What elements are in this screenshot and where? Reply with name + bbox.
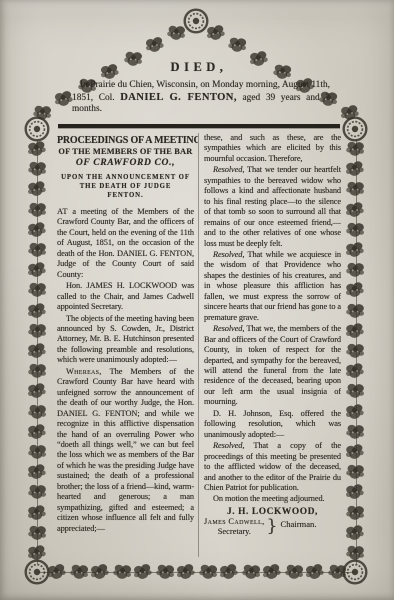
died-heading: DIED, — [62, 60, 336, 75]
paragraph-lead: Resolved, — [213, 250, 244, 259]
paragraph-lead: Whereas, — [66, 367, 102, 376]
signature-brace: } — [267, 517, 278, 536]
paragraph: these, and such as these, are the sympat… — [204, 133, 341, 164]
signature-block: James Cadwell, Secretary. } Chairman. — [204, 517, 341, 537]
proceedings-subheading: UPON THE ANNOUNCEMENT OF THE DEATH OF JU… — [61, 173, 190, 200]
paragraph-lead: Resolved, — [213, 441, 244, 450]
paragraph-lead: Resolved, — [213, 324, 244, 333]
paragraph: Resolved, That we tender our heartfelt s… — [204, 165, 341, 249]
scanned-death-notice-page: DIED, In Prairie du Chien, Wisconsin, on… — [0, 0, 394, 600]
paragraph-lead: Resolved, — [213, 165, 244, 174]
paragraph: On motion the meeting adjourned. — [204, 494, 341, 504]
paragraph: Whereas, The Members of the Crawford Cou… — [57, 367, 194, 534]
paragraph: Resolved, That while we acquiesce in the… — [204, 250, 341, 323]
paragraph: Hon. JAMES H. LOCKWOOD was called to the… — [57, 281, 194, 312]
right-column: these, and such as these, are the sympat… — [199, 133, 341, 557]
paragraph-lead: AT — [57, 207, 68, 216]
right-column-paragraphs: these, and such as these, are the sympat… — [204, 133, 341, 505]
masthead: DIED, In Prairie du Chien, Wisconsin, on… — [62, 60, 336, 116]
secretary-signature: James Cadwell, Secretary. — [204, 517, 265, 537]
paragraph: Resolved, That a copy of the proceedings… — [204, 441, 341, 493]
paragraph: Resolved, That we, the members of the Ba… — [204, 324, 341, 408]
chairman-title: Chairman. — [280, 517, 316, 529]
proceedings-heading-line1: PROCEEDINGS OF A MEETING — [57, 135, 194, 146]
proceedings-heading-line2: OF THE MEMBERS OF THE BAR — [57, 147, 194, 156]
two-column-body: PROCEEDINGS OF A MEETING OF THE MEMBERS … — [57, 133, 341, 557]
paragraph: The objects of the meeting having been a… — [57, 314, 194, 366]
secretary-title: Secretary. — [218, 527, 251, 536]
death-notice-paragraph: In Prairie du Chien, Wisconsin, on Monda… — [72, 80, 330, 116]
left-column-paragraphs: AT a meeting of the Members of the Crawf… — [57, 207, 194, 534]
paragraph: D. H. Johnson, Esq. offered the followin… — [204, 409, 341, 440]
paragraph: AT a meeting of the Members of the Crawf… — [57, 207, 194, 280]
deceased-name: DANIEL G. FENTON, — [120, 92, 237, 103]
document-content: DIED, In Prairie du Chien, Wisconsin, on… — [0, 0, 394, 600]
thick-horizontal-rule — [58, 124, 340, 128]
proceedings-heading-line3: OF CRAWFORD CO., — [57, 157, 194, 168]
secretary-name: James Cadwell, — [204, 517, 265, 526]
left-column: PROCEEDINGS OF A MEETING OF THE MEMBERS … — [57, 133, 198, 557]
